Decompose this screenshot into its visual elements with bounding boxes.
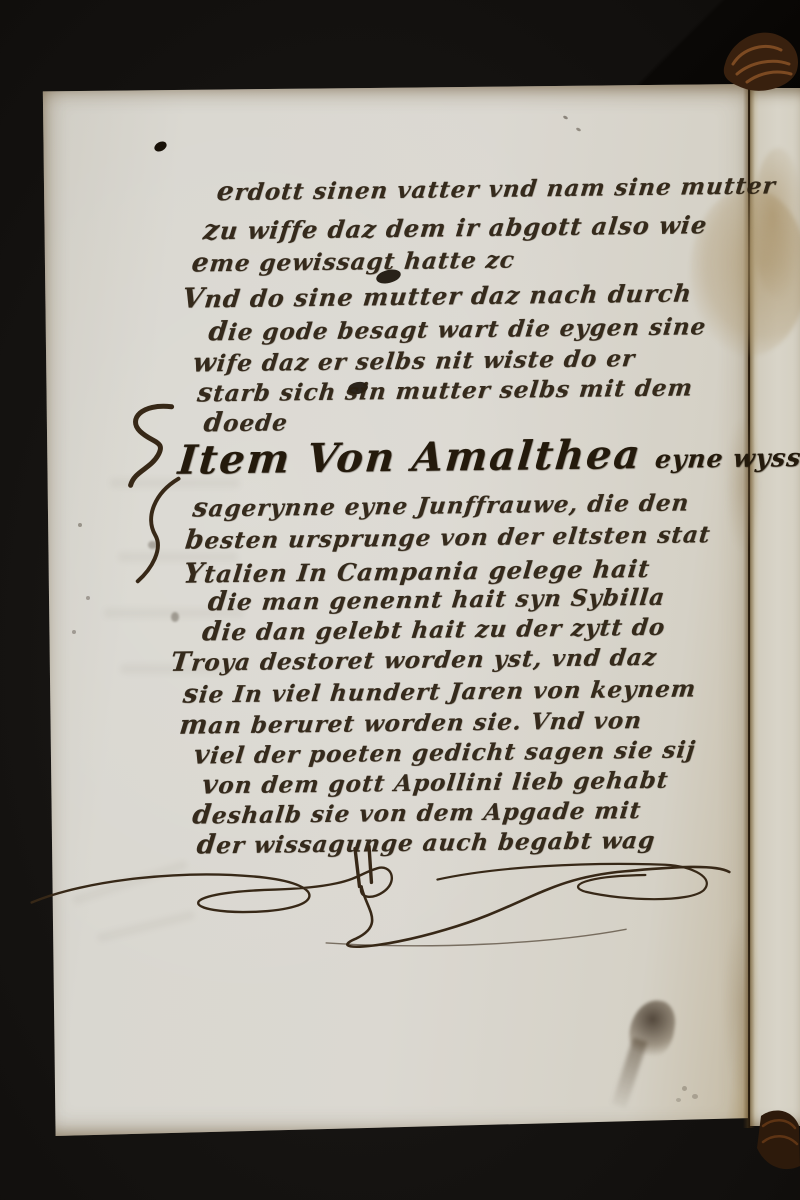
manuscript-heading: Item Von Amaltheaeyne wyss — [176, 429, 800, 484]
handwritten-text: erdott sinen vatter vnd nam sine mutter … — [0, 0, 800, 1200]
heading-suffix: eyne wyss — [654, 443, 800, 474]
manuscript-line: Vnd do sine mutter daz nach durch — [180, 275, 693, 314]
binding-leather-bottom — [753, 1104, 800, 1174]
photo-backdrop: erdott sinen vatter vnd nam sine mutter … — [0, 0, 800, 1200]
manuscript-line: erdott sinen vatter vnd nam sine mutter — [215, 169, 777, 207]
manuscript-line: Troya destoret worden yst, vnd daz — [169, 641, 659, 678]
binding-leather-top — [713, 20, 800, 96]
pen-flourish — [25, 842, 736, 961]
manuscript-line: besten ursprunge von der eltsten stat — [184, 518, 713, 555]
manuscript-line: zu wiffe daz dem ir abgott also wie — [202, 207, 710, 246]
manuscript-line: eme gewissagt hatte zc — [190, 244, 517, 279]
heading-main: Item Von Amalthea — [176, 431, 644, 484]
paragraph-mark-flourish — [120, 400, 202, 591]
manuscript-line: doede — [202, 406, 290, 438]
manuscript-line: starb sich sin mutter selbs mit dem — [196, 371, 695, 408]
manuscript-line: sagerynne eyne Junffrauwe, die den — [191, 486, 691, 523]
